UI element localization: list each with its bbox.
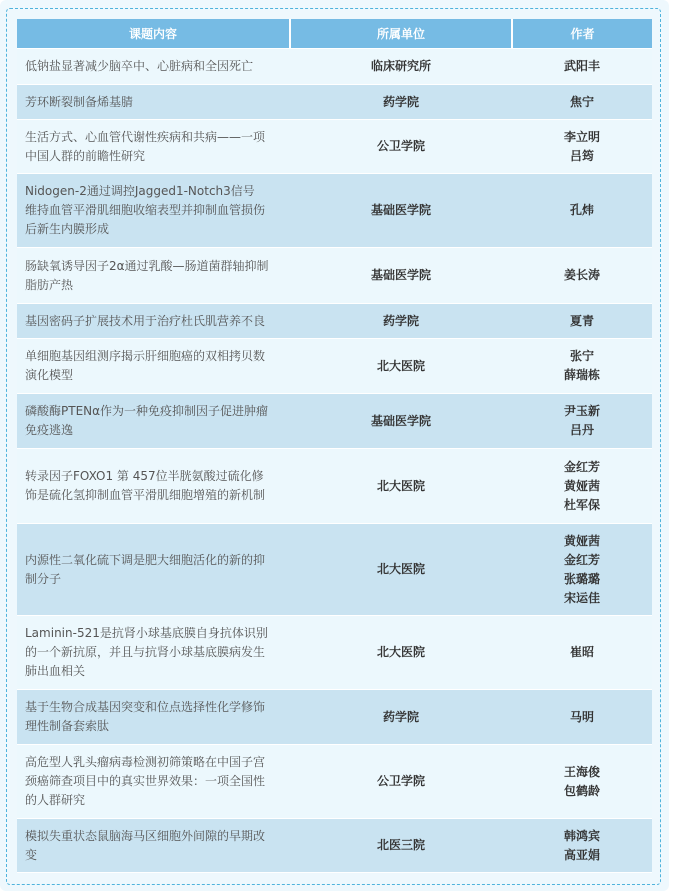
author-name: 孔炜 [520,201,644,220]
author-name: 黄娅茜 [520,532,644,551]
title-line: 芳环断裂制备烯基腈 [25,93,282,112]
table-row: Laminin-521是抗肾小球基底膜自身抗体识别的一个新抗原，并且与抗肾小球基… [17,616,652,690]
page-background: 课题内容 所属单位 作者 低钠盐显著减少脑卒中、心脏病和全因死亡临床研究所武阳丰… [0,0,669,891]
title-line: 生活方式、心血管代谢性疾病和共病——一项 [25,128,282,147]
author-name: 王海俊 [520,763,644,782]
author-name: 高亚娟 [520,846,644,865]
table-row: 芳环断裂制备烯基腈药学院焦宁 [17,85,652,120]
title-line: 理性制备套索肽 [25,717,282,736]
title-line: Laminin-521是抗肾小球基底膜自身抗体识别 [25,624,282,643]
table-row: 生活方式、心血管代谢性疾病和共病——一项中国人群的前瞻性研究公卫学院李立明吕筠 [17,120,652,174]
cell-title: 低钠盐显著减少脑卒中、心脏病和全因死亡 [17,49,290,85]
title-line: 饰是硫化氢抑制血管平滑肌细胞增殖的新机制 [25,486,282,505]
cell-authors: 王海俊包鹤龄 [512,745,652,819]
author-name: 吕丹 [520,421,644,440]
cell-authors: 马明 [512,690,652,745]
title-line: 制分子 [25,570,282,589]
cell-title: 基因密码子扩展技术用于治疗杜氏肌营养不良 [17,304,290,339]
author-name: 黄娅茜 [520,477,644,496]
table-row: 基于生物合成基因突变和位点选择性化学修饰理性制备套索肽药学院马明 [17,690,652,745]
title-line: 免疫逃逸 [25,421,282,440]
header-title: 课题内容 [17,19,290,49]
title-line: 单细胞基因组测序揭示肝细胞癌的双相拷贝数 [25,347,282,366]
cell-unit: 北医三院 [290,819,512,873]
cell-title: 肠缺氧诱导因子2α通过乳酸—肠道菌群轴抑制脂肪产热 [17,248,290,304]
cell-authors: 夏青 [512,304,652,339]
title-line: 中国人群的前瞻性研究 [25,147,282,166]
cell-authors: 焦宁 [512,85,652,120]
title-line: 肺出血相关 [25,662,282,681]
cell-title: 生活方式、心血管代谢性疾病和共病——一项中国人群的前瞻性研究 [17,120,290,174]
title-line: 后新生内膜形成 [25,220,282,239]
author-name: 马明 [520,708,644,727]
cell-authors: 崔昭 [512,616,652,690]
cell-title: 芳环断裂制备烯基腈 [17,85,290,120]
author-name: 吕筠 [520,147,644,166]
cell-title: 模拟失重状态鼠脑海马区细胞外间隙的早期改变 [17,819,290,873]
cell-unit: 药学院 [290,304,512,339]
cell-unit: 基础医学院 [290,248,512,304]
author-name: 焦宁 [520,93,644,112]
cell-unit: 北大医院 [290,339,512,394]
cell-authors: 张宁薛瑞栋 [512,339,652,394]
cell-unit: 药学院 [290,690,512,745]
table-row: 磷酸酶PTENα作为一种免疫抑制因子促进肿瘤免疫逃逸基础医学院尹玉新吕丹 [17,394,652,449]
author-name: 金红芳 [520,458,644,477]
table-row: 转录因子FOXO1 第 457位半胱氨酸过硫化修饰是硫化氢抑制血管平滑肌细胞增殖… [17,449,652,524]
cell-title: 磷酸酶PTENα作为一种免疫抑制因子促进肿瘤免疫逃逸 [17,394,290,449]
author-name: 杜军保 [520,496,644,515]
author-name: 李立明 [520,128,644,147]
author-name: 武阳丰 [520,57,644,76]
author-name: 张璐璐 [520,570,644,589]
table-header-row: 课题内容 所属单位 作者 [17,19,652,49]
title-line: 转录因子FOXO1 第 457位半胱氨酸过硫化修 [25,467,282,486]
cell-title: 单细胞基因组测序揭示肝细胞癌的双相拷贝数演化模型 [17,339,290,394]
cell-title: 内源性二氧化硫下调是肥大细胞活化的新的抑制分子 [17,524,290,616]
table-row: 模拟失重状态鼠脑海马区细胞外间隙的早期改变北医三院韩鸿宾高亚娟 [17,819,652,873]
cell-title: Laminin-521是抗肾小球基底膜自身抗体识别的一个新抗原，并且与抗肾小球基… [17,616,290,690]
author-name: 崔昭 [520,643,644,662]
cell-authors: 孔炜 [512,174,652,248]
cell-title: 转录因子FOXO1 第 457位半胱氨酸过硫化修饰是硫化氢抑制血管平滑肌细胞增殖… [17,449,290,524]
author-name: 姜长涛 [520,266,644,285]
title-line: 内源性二氧化硫下调是肥大细胞活化的新的抑 [25,551,282,570]
table-row: 内源性二氧化硫下调是肥大细胞活化的新的抑制分子北大医院黄娅茜金红芳张璐璐宋运佳 [17,524,652,616]
author-name: 包鹤龄 [520,782,644,801]
title-line: 磷酸酶PTENα作为一种免疫抑制因子促进肿瘤 [25,402,282,421]
cell-unit: 北大医院 [290,616,512,690]
table-row: Nidogen-2通过调控Jagged1-Notch3信号维持血管平滑肌细胞收缩… [17,174,652,248]
table-row: 高危型人乳头瘤病毒检测初筛策略在中国子宫颈癌筛查项目中的真实世界效果：一项全国性… [17,745,652,819]
title-line: 高危型人乳头瘤病毒检测初筛策略在中国子宫 [25,753,282,772]
cell-title: 高危型人乳头瘤病毒检测初筛策略在中国子宫颈癌筛查项目中的真实世界效果：一项全国性… [17,745,290,819]
cell-unit: 临床研究所 [290,49,512,85]
title-line: 的一个新抗原，并且与抗肾小球基底膜病发生 [25,643,282,662]
cell-unit: 基础医学院 [290,174,512,248]
author-name: 薛瑞栋 [520,366,644,385]
header-author: 作者 [512,19,652,49]
title-line: 肠缺氧诱导因子2α通过乳酸—肠道菌群轴抑制 [25,257,282,276]
author-name: 韩鸿宾 [520,827,644,846]
author-name: 尹玉新 [520,402,644,421]
table-row: 低钠盐显著减少脑卒中、心脏病和全因死亡临床研究所武阳丰 [17,49,652,85]
header-unit: 所属单位 [290,19,512,49]
cell-authors: 金红芳黄娅茜杜军保 [512,449,652,524]
cell-unit: 北大医院 [290,524,512,616]
author-name: 夏青 [520,312,644,331]
title-line: Nidogen-2通过调控Jagged1-Notch3信号 [25,182,282,201]
cell-authors: 姜长涛 [512,248,652,304]
cell-title: Nidogen-2通过调控Jagged1-Notch3信号维持血管平滑肌细胞收缩… [17,174,290,248]
cell-authors: 韩鸿宾高亚娟 [512,819,652,873]
cell-unit: 北大医院 [290,449,512,524]
author-name: 张宁 [520,347,644,366]
cell-authors: 黄娅茜金红芳张璐璐宋运佳 [512,524,652,616]
title-line: 脂肪产热 [25,276,282,295]
cell-authors: 武阳丰 [512,49,652,85]
title-line: 的人群研究 [25,791,282,810]
title-line: 模拟失重状态鼠脑海马区细胞外间隙的早期改 [25,827,282,846]
cell-unit: 基础医学院 [290,394,512,449]
title-line: 变 [25,846,282,865]
title-line: 演化模型 [25,366,282,385]
cell-authors: 尹玉新吕丹 [512,394,652,449]
table-row: 基因密码子扩展技术用于治疗杜氏肌营养不良药学院夏青 [17,304,652,339]
author-name: 金红芳 [520,551,644,570]
cell-unit: 药学院 [290,85,512,120]
title-line: 维持血管平滑肌细胞收缩表型并抑制血管损伤 [25,201,282,220]
title-line: 颈癌筛查项目中的真实世界效果：一项全国性 [25,772,282,791]
author-name: 宋运佳 [520,589,644,608]
title-line: 基于生物合成基因突变和位点选择性化学修饰 [25,698,282,717]
research-awards-table: 课题内容 所属单位 作者 低钠盐显著减少脑卒中、心脏病和全因死亡临床研究所武阳丰… [17,19,652,873]
table-row: 肠缺氧诱导因子2α通过乳酸—肠道菌群轴抑制脂肪产热基础医学院姜长涛 [17,248,652,304]
title-line: 基因密码子扩展技术用于治疗杜氏肌营养不良 [25,312,282,331]
table-body: 低钠盐显著减少脑卒中、心脏病和全因死亡临床研究所武阳丰芳环断裂制备烯基腈药学院焦… [17,49,652,873]
table-row: 单细胞基因组测序揭示肝细胞癌的双相拷贝数演化模型北大医院张宁薛瑞栋 [17,339,652,394]
cell-title: 基于生物合成基因突变和位点选择性化学修饰理性制备套索肽 [17,690,290,745]
title-line: 低钠盐显著减少脑卒中、心脏病和全因死亡 [25,57,282,76]
cell-unit: 公卫学院 [290,120,512,174]
cell-authors: 李立明吕筠 [512,120,652,174]
cell-unit: 公卫学院 [290,745,512,819]
